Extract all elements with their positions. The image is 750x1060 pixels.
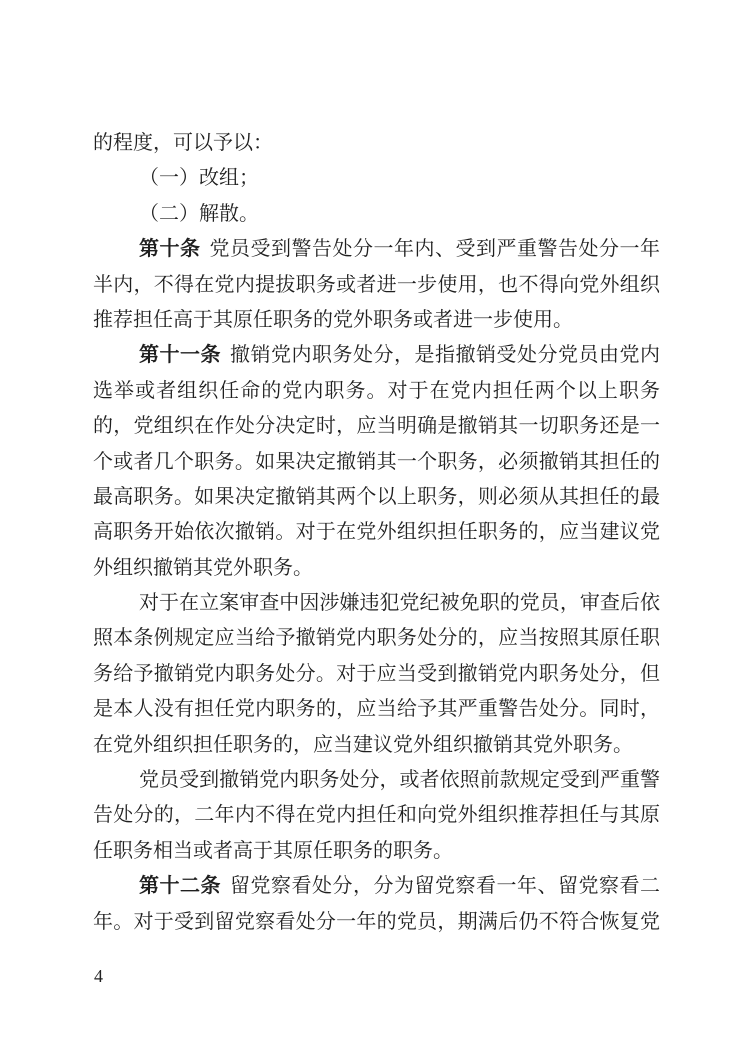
text-line: （一）改组；	[93, 161, 660, 196]
article-number: 第十条	[139, 238, 210, 260]
document-page: { "page": { "background": "#ffffff", "te…	[0, 0, 750, 1060]
article-number: 第十一条	[139, 344, 230, 366]
article-number: 第十二条	[139, 875, 230, 897]
body-text: 的程度，可以予以：（一）改组；（二）解散。第十条党员受到警告处分一年内、受到严重…	[93, 126, 660, 940]
text-line: 的，党组织在作处分决定时，应当明确是撤销其一切职务还是一	[93, 409, 660, 444]
text-line: 党员受到撤销党内职务处分，或者依照前款规定受到严重警	[93, 763, 660, 798]
text-line: 外组织撤销其党外职务。	[93, 551, 660, 586]
text-line: 第十条党员受到警告处分一年内、受到严重警告处分一年	[93, 232, 660, 267]
text-line: 对于在立案审查中因涉嫌违犯党纪被免职的党员，审查后依	[93, 586, 660, 621]
text-line: 的程度，可以予以：	[93, 126, 660, 161]
text-line: 个或者几个职务。如果决定撤销其一个职务，必须撤销其担任的	[93, 445, 660, 480]
text-line: （二）解散。	[93, 197, 660, 232]
text-line: 在党外组织担任职务的，应当建议党外组织撤销其党外职务。	[93, 728, 660, 763]
text-line: 第十一条撤销党内职务处分，是指撤销受处分党员由党内	[93, 338, 660, 373]
text-line: 是本人没有担任党内职务的，应当给予其严重警告处分。同时，	[93, 692, 660, 727]
text-line: 最高职务。如果决定撤销其两个以上职务，则必须从其担任的最	[93, 480, 660, 515]
text-line: 选举或者组织任命的党内职务。对于在党内担任两个以上职务	[93, 374, 660, 409]
text-line: 年。对于受到留党察看处分一年的党员，期满后仍不符合恢复党	[93, 905, 660, 940]
page-number: 4	[94, 966, 103, 986]
text-line: 第十二条留党察看处分，分为留党察看一年、留党察看二	[93, 869, 660, 904]
text-line: 高职务开始依次撤销。对于在党外组织担任职务的，应当建议党	[93, 515, 660, 550]
text-line: 告处分的，二年内不得在党内担任和向党外组织推荐担任与其原	[93, 798, 660, 833]
text-line: 任职务相当或者高于其原任职务的职务。	[93, 834, 660, 869]
text-line: 推荐担任高于其原任职务的党外职务或者进一步使用。	[93, 303, 660, 338]
text-line: 务给予撤销党内职务处分。对于应当受到撤销党内职务处分，但	[93, 657, 660, 692]
text-line: 半内，不得在党内提拔职务或者进一步使用，也不得向党外组织	[93, 268, 660, 303]
page: 的程度，可以予以：（一）改组；（二）解散。第十条党员受到警告处分一年内、受到严重…	[0, 0, 750, 1060]
text-line: 照本条例规定应当给予撤销党内职务处分的，应当按照其原任职	[93, 621, 660, 656]
